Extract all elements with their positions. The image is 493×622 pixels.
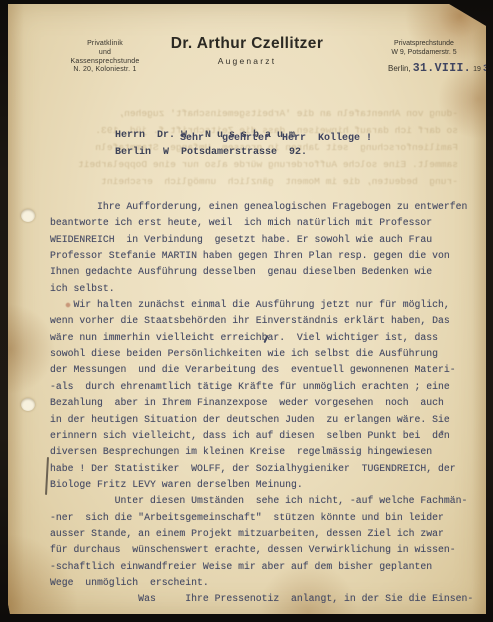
date-year-typed: 33 xyxy=(483,63,493,75)
body-line: Professor Stefanie MARTIN haben gegen Ih… xyxy=(50,248,473,264)
body-line: habe ! Der Statistiker WOLFF, der Sozial… xyxy=(50,461,473,477)
body-line: Ihnen gedachte Ausführung desselben gena… xyxy=(50,264,473,280)
letterhead-private-office-block: PrivatsprechstundeW 9, Potsdamerstr. 5 xyxy=(374,40,474,57)
letter-body: Ihre Aufforderung, einen genealogischen … xyxy=(50,150,473,608)
letterhead-private-office-line: W 9, Potsdamerstr. 5 xyxy=(374,49,474,58)
body-line: -schaftlich einwandfreier Weise mir aber… xyxy=(50,559,473,575)
body-line: ich selbst. xyxy=(50,281,473,297)
photo-background: -dung von Ahnentafeln an die 'Arbeitsgem… xyxy=(0,0,493,622)
salutation: Sehr geehrter Herr Kollege ! xyxy=(180,133,372,144)
body-line: ausser Stande, an einem Projekt mitzuarb… xyxy=(50,526,473,542)
body-line: für durchaus wünschenswert erachte, dess… xyxy=(50,542,473,558)
body-line: Unter diesen Umständen sehe ich nicht, -… xyxy=(50,493,473,509)
body-line: wenn vorher die Staatsbehörden ihr Einve… xyxy=(50,313,473,329)
body-line: diversen Besprechungen im kleinen Kreise… xyxy=(50,444,473,460)
body-line: erinnern sich vielleicht, dass ich auf d… xyxy=(50,428,473,444)
date-line: Berlin, 31.VIII. 19 33 xyxy=(388,62,493,75)
body-line: Was Ihre Pressenotiz anlangt, in der Sie… xyxy=(50,591,473,607)
punch-hole-top xyxy=(21,209,35,222)
date-city-printed: Berlin, xyxy=(388,64,411,73)
body-line: -ner sich die "Arbeitsgemeinschaft" stüt… xyxy=(50,510,473,526)
body-line: Bezahlung aber in Ihrem Finanzexpose wed… xyxy=(50,395,473,411)
letterhead-clinic-line: N. 20, Koloniestr. 1 xyxy=(46,66,164,75)
recipient-address: Herrn Dr. W. N u s s b a u mBerlin W Pot… xyxy=(115,76,307,161)
body-line: Ihre Aufforderung, einen genealogischen … xyxy=(50,199,473,215)
body-line: sowohl diese beiden Persönlichkeiten wie… xyxy=(50,346,473,362)
body-line: WEIDENREICH in Verbindung gesetzt habe. … xyxy=(50,232,473,248)
letterhead-private-office-line: Privatsprechstunde xyxy=(374,40,474,49)
body-line: Wir halten zunächst einmal die Ausführun… xyxy=(50,297,473,313)
body-line: beantworte ich erst heute, weil ich mich… xyxy=(50,215,473,231)
body-line: Biologe Fritz LEVY waren derselben Meinu… xyxy=(50,477,473,493)
body-line: -als durch ehrenamtlich tätige Kräfte fü… xyxy=(50,379,473,395)
letter-page: -dung von Ahnentafeln an die 'Arbeitsgem… xyxy=(8,4,486,614)
date-day-month-typed: 31.VIII. xyxy=(413,62,471,75)
body-line: Wege unmöglich erscheint. xyxy=(50,575,473,591)
body-line: der Messungen und die Verarbeitung des e… xyxy=(50,362,473,378)
punch-hole-bottom xyxy=(21,398,35,411)
body-line: wäre nun immerhin vielleicht erreichbar.… xyxy=(50,330,473,346)
date-century-printed: 19 xyxy=(473,66,481,73)
pen-stroke-mark xyxy=(45,457,49,495)
body-line: in der heutigen Situation der deutschen … xyxy=(50,412,473,428)
